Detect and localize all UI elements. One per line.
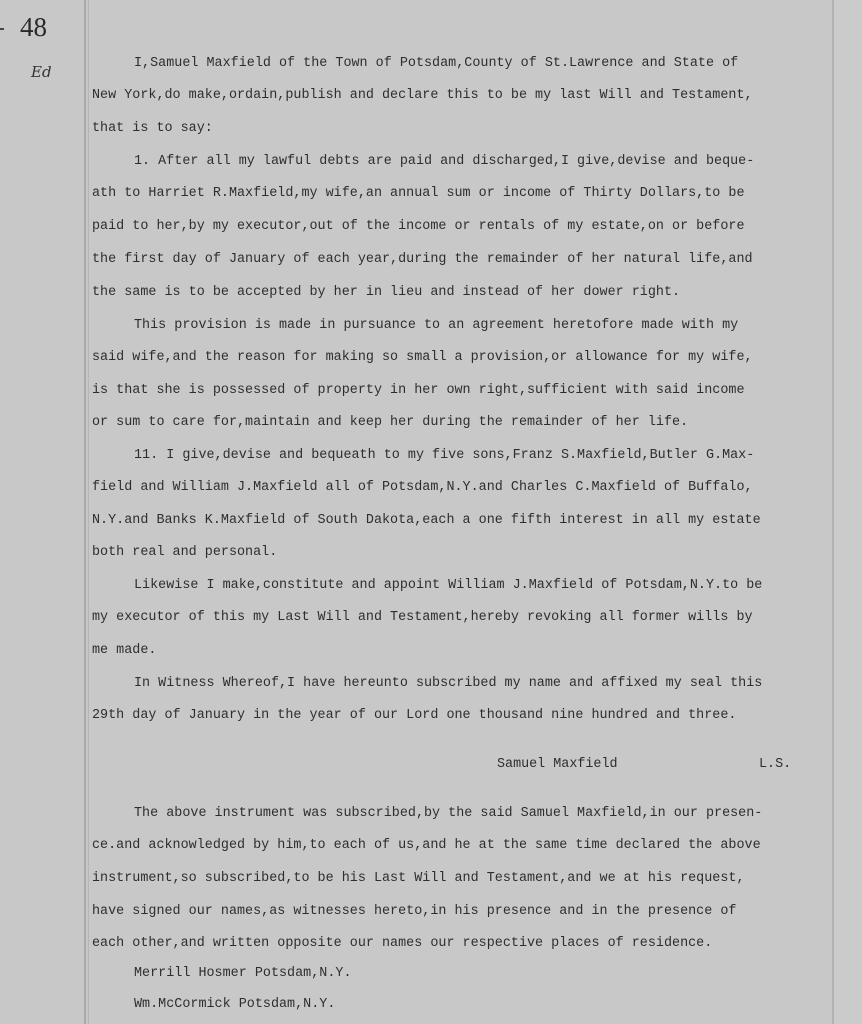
text-line: the same is to be accepted by her in lie…	[92, 285, 680, 300]
text-line: N.Y.and Banks K.Maxfield of South Dakota…	[92, 513, 761, 528]
witness-line: Wm.McCormick Potsdam,N.Y.	[134, 997, 335, 1012]
text-line: 11. I give,devise and bequeath to my fiv…	[134, 448, 754, 463]
text-line: is that she is possessed of property in …	[92, 383, 745, 398]
text-line: or sum to care for,maintain and keep her…	[92, 415, 688, 430]
text-line: paid to her,by my executor,out of the in…	[92, 219, 745, 234]
testator-signature: Samuel Maxfield	[497, 757, 618, 772]
text-line: This provision is made in pursuance to a…	[134, 318, 738, 333]
text-line: In Witness Whereof,I have hereunto subsc…	[134, 676, 762, 691]
text-line: 29th day of January in the year of our L…	[92, 708, 736, 723]
edge-mark	[0, 28, 4, 30]
text-line: I,Samuel Maxfield of the Town of Potsdam…	[134, 56, 738, 71]
left-margin-rule-inner	[88, 0, 89, 1024]
attestation-line: each other,and written opposite our name…	[92, 936, 712, 951]
text-line: New York,do make,ordain,publish and decl…	[92, 88, 753, 103]
text-line: the first day of January of each year,du…	[92, 252, 753, 267]
text-line: both real and personal.	[92, 545, 277, 560]
text-line: me made.	[92, 643, 156, 658]
text-line: 1. After all my lawful debts are paid an…	[134, 154, 754, 169]
handwritten-margin-note: Ed	[31, 63, 52, 81]
attestation-line: instrument,so subscribed,to be his Last …	[92, 871, 745, 886]
text-line: that is to say:	[92, 121, 213, 136]
left-margin-rule	[84, 0, 86, 1024]
text-line: my executor of this my Last Will and Tes…	[92, 610, 753, 625]
seal-mark: L.S.	[759, 757, 791, 772]
text-line: Likewise I make,constitute and appoint W…	[134, 578, 762, 593]
attestation-line: The above instrument was subscribed,by t…	[134, 806, 762, 821]
attestation-line: ce.and acknowledged by him,to each of us…	[92, 838, 761, 853]
right-margin-strip	[834, 0, 862, 1024]
text-line: said wife,and the reason for making so s…	[92, 350, 753, 365]
attestation-line: have signed our names,as witnesses heret…	[92, 904, 736, 919]
text-line: field and William J.Maxfield all of Pots…	[92, 480, 753, 495]
page-number: 48	[20, 12, 47, 43]
text-line: ath to Harriet R.Maxfield,my wife,an ann…	[92, 186, 745, 201]
witness-line: Merrill Hosmer Potsdam,N.Y.	[134, 966, 352, 981]
